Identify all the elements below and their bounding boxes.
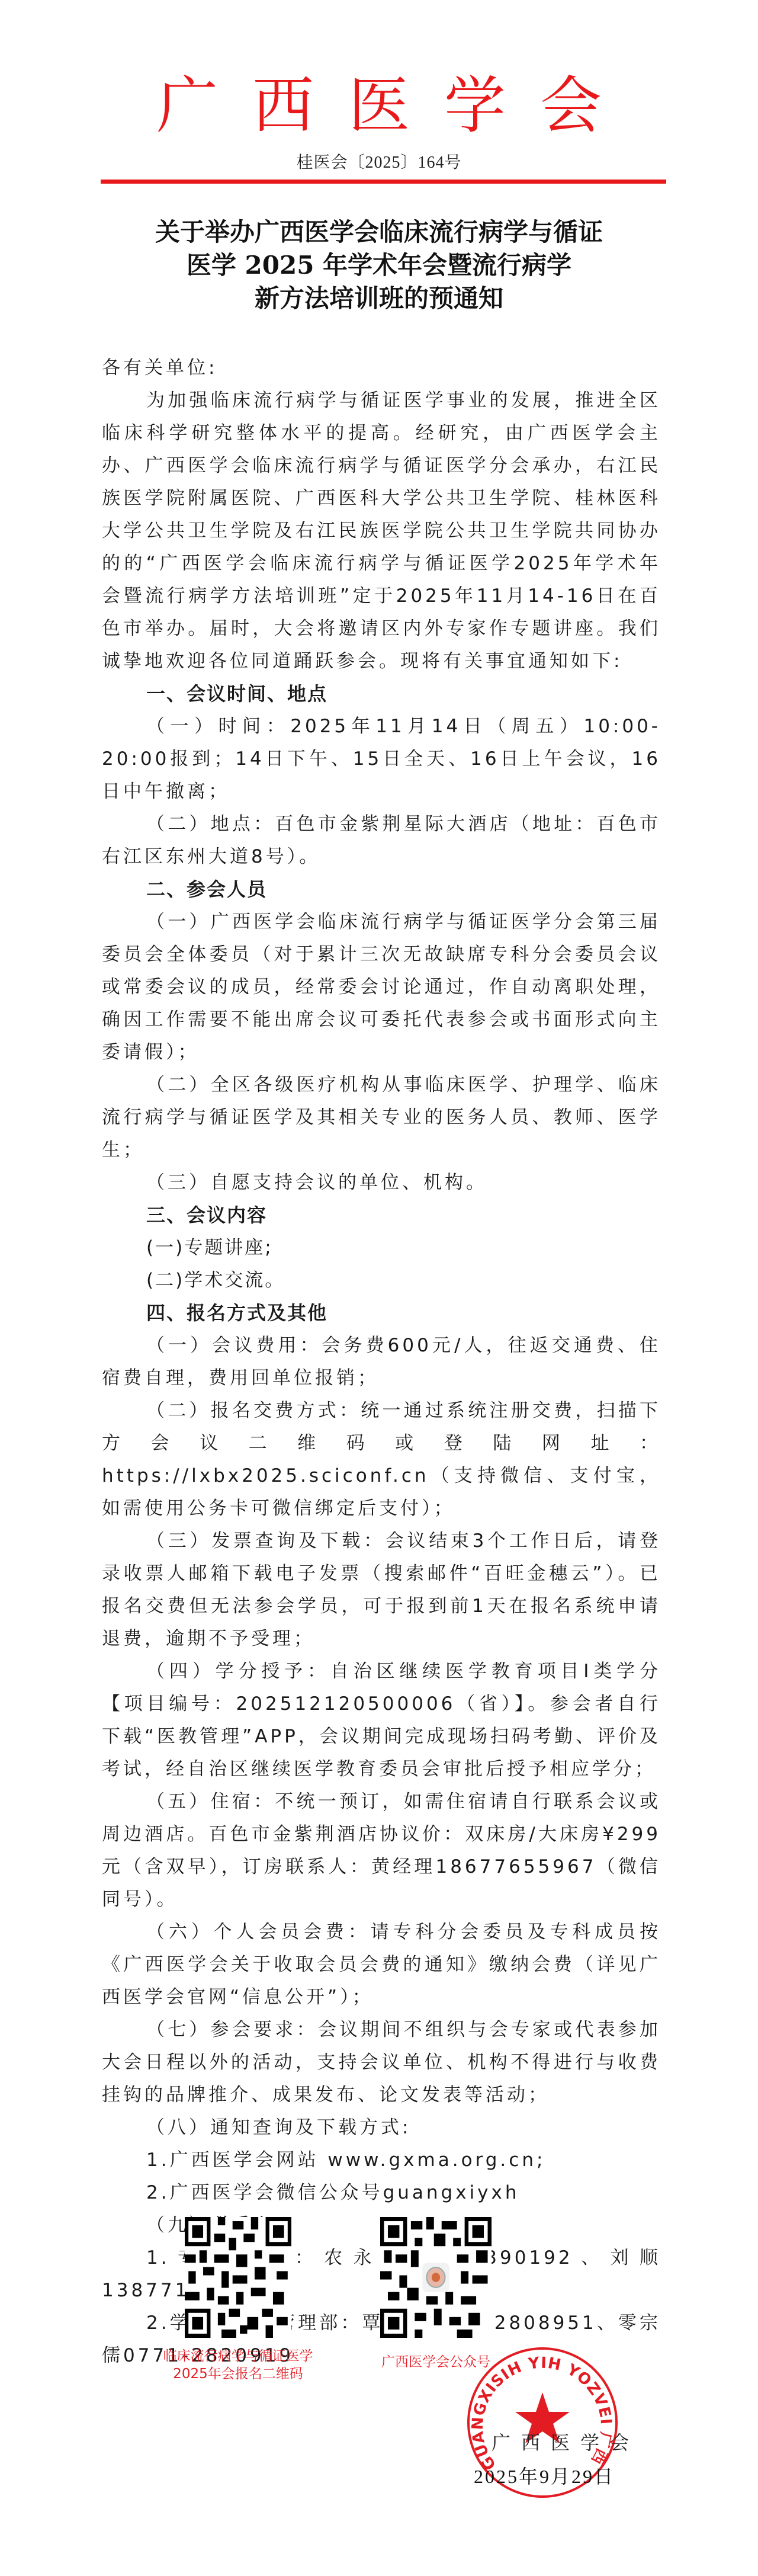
document-page: 广西医学会 桂医会〔2025〕164号 关于举办广西医学会临床流行病学与循证 医… — [0, 0, 758, 2576]
item-accommodation: （五）住宿：不统一预订，如需住宿请自行联系会议或周边酒店。百色市金紫荆酒店协议价… — [102, 1786, 661, 1916]
item-invoice: （三）发票查询及下载：会议结束3个工作日后，请登录收票人邮箱下载电子发票（搜索邮… — [102, 1525, 661, 1655]
registration-qr-caption-line-1: 临床流行病学与循证医学 — [154, 2347, 322, 2365]
salutation: 各有关单位: — [102, 352, 661, 385]
wechat-official-account-qr-code[interactable] — [380, 2217, 492, 2338]
item-membership-fee: （六）个人会员会费：请专科分会委员及专科成员按《广西医学会关于收取会员会费的通知… — [102, 1916, 661, 2014]
item-registration-method: （二）报名交费方式：统一通过系统注册交费，扫描下方会议二维码或登陆网址：http… — [102, 1395, 661, 1525]
download-website: 1.广西医学会网站 www.gxma.org.cn; — [102, 2144, 661, 2177]
title-line-2: 医学 2025 年学术年会暨流行病学 — [0, 249, 758, 282]
section-heading-registration: 四、报名方式及其他 — [102, 1297, 661, 1329]
section-heading-content: 三、会议内容 — [102, 1199, 661, 1232]
registration-qr-code[interactable] — [185, 2217, 291, 2338]
signature-organization: 广西医学会 — [492, 2428, 640, 2455]
notice-body: 各有关单位: 为加强临床流行病学与循证医学事业的发展，推进全区临床科学研究整体水… — [102, 352, 661, 2372]
section-heading-attendees: 二、参会人员 — [102, 873, 661, 906]
item-download-methods-heading: （八）通知查询及下载方式: — [102, 2112, 661, 2144]
notice-title: 关于举办广西医学会临床流行病学与循证 医学 2025 年学术年会暨流行病学 新方… — [0, 216, 758, 315]
registration-qr-caption: 临床流行病学与循证医学 2025年会报名二维码 — [154, 2347, 322, 2383]
registration-qr-caption-line-2: 2025年会报名二维码 — [154, 2365, 322, 2383]
item-lectures: (一)专题讲座; — [102, 1232, 661, 1264]
item-attendees-medical-staff: （二）全区各级医疗机构从事临床医学、护理学、临床流行病学与循证医学及其相关专业的… — [102, 1069, 661, 1167]
qr-code-icon — [185, 2217, 291, 2338]
organization-letterhead: 广西医学会 — [0, 70, 758, 141]
item-attendees-supporters: （三）自愿支持会议的单位、机构。 — [102, 1167, 661, 1199]
item-fees: （一）会议费用：会务费600元/人，往返交通费、住宿费自理，费用回单位报销； — [102, 1329, 661, 1395]
section-heading-time-place: 一、会议时间、地点 — [102, 678, 661, 710]
letterhead-red-rule — [101, 180, 666, 184]
item-requirements: （七）参会要求：会议期间不组织与会专家或代表参加大会日程以外的活动，支持会议单位… — [102, 2014, 661, 2112]
item-place: （二）地点：百色市金紫荆星际大酒店（地址：百色市右江区东州大道8号）。 — [102, 808, 661, 873]
item-time: （一）时间：2025年11月14日（周五）10:00-20:00报到；14日下午… — [102, 710, 661, 808]
item-attendees-committee: （一）广西医学会临床流行病学与循证医学分会第三届委员会全体委员（对于累计三次无故… — [102, 906, 661, 1069]
item-credits: （四）学分授予：自治区继续医学教育项目I类学分【项目编号：20251212050… — [102, 1655, 661, 1786]
title-line-1: 关于举办广西医学会临床流行病学与循证 — [0, 216, 758, 249]
document-number: 桂医会〔2025〕164号 — [0, 149, 758, 173]
item-exchange: (二)学术交流。 — [102, 1264, 661, 1297]
qr-code-icon — [380, 2217, 492, 2338]
intro-paragraph: 为加强临床流行病学与循证医学事业的发展，推进全区临床科学研究整体水平的提高。经研… — [102, 385, 661, 678]
download-wechat: 2.广西医学会微信公众号guangxiyxh — [102, 2177, 661, 2209]
title-line-3: 新方法培训班的预通知 — [0, 282, 758, 315]
signature-date: 2025年9月29日 — [474, 2462, 615, 2489]
